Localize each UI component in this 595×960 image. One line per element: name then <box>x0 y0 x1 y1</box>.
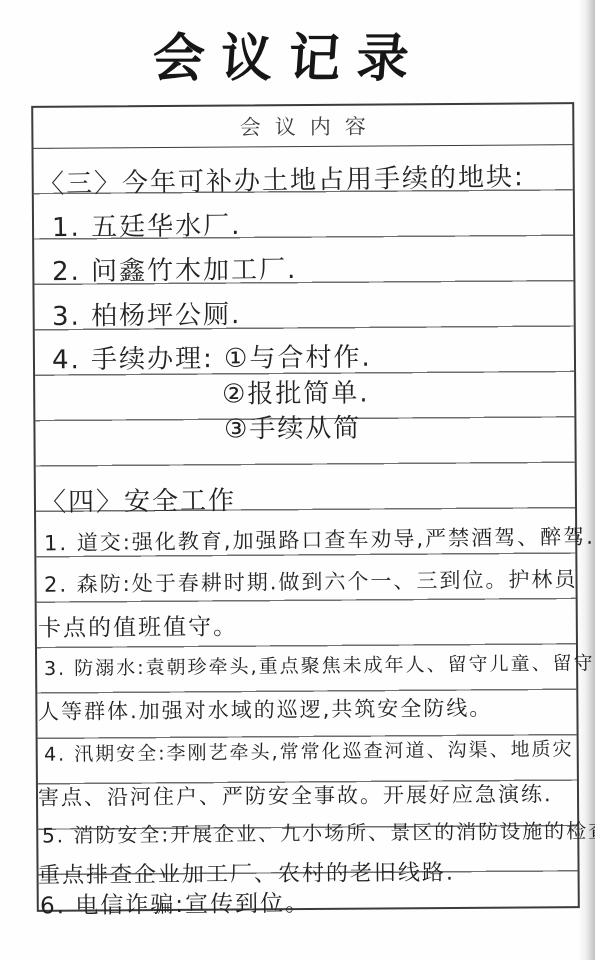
note-line: 人等群体.加强对水域的巡逻,共筑安全防线。 <box>38 692 493 726</box>
note-line: 3. 防溺水:袁朝珍牵头,重点聚焦未成年人、留守儿童、留守老 <box>44 648 595 681</box>
table-header-row: 会议内容 <box>33 104 572 149</box>
page-title: 会议记录 <box>0 16 581 91</box>
note-line: 卡点的值班值守。 <box>38 608 238 643</box>
note-line: 1. 五廷华水厂. <box>52 205 242 244</box>
note-line: 2. 森防:处于春耕时期.做到六个一、三到位。护林员 <box>44 563 578 599</box>
note-line: 害点、沿河住户、严防安全事故。开展好应急演练. <box>38 778 553 812</box>
section-3-heading: 〈三〉今年可补办土地占用手续的地块: <box>38 156 525 201</box>
section-4-heading: 〈四〉安全工作 <box>40 480 236 519</box>
note-line: ②报批简单. <box>222 372 370 410</box>
note-line: 6. 电信诈骗:宣传到位。 <box>40 885 310 921</box>
note-line: 5. 消防安全:开展企业、九小场所、景区的消防设施的检查, <box>42 814 595 848</box>
note-line: 3. 柏杨坪公厕. <box>52 294 242 333</box>
scanned-notebook-page: 会议记录 会议内容 〈三〉今年可补办土地占用手续的地块: 1. 五廷华水厂. 2… <box>0 0 595 960</box>
note-line: 4. 汛期安全:李刚艺牵头,常常化巡查河道、沟渠、地质灾 <box>44 734 574 767</box>
note-line: 4. 手续办理: ①与合村作. <box>52 337 372 377</box>
note-line: ③手续从简 <box>224 408 362 446</box>
table-header-label: 会议内容 <box>226 110 380 141</box>
note-line: 2. 问鑫竹木加工厂. <box>52 249 298 288</box>
